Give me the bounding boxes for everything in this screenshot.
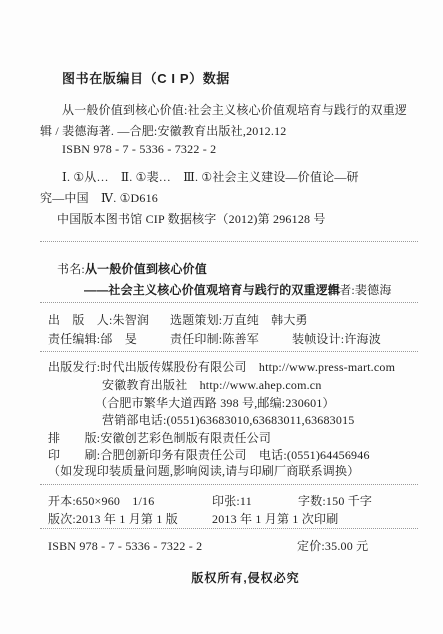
cip-isbn: ISBN 978 - 7 - 5336 - 7322 - 2 (62, 142, 216, 156)
cip-entry-line2: 辑 / 裴德海著. —合肥:安徽教育出版社,2012.12 (40, 124, 286, 138)
price: 定价:35.00 元 (297, 539, 368, 553)
spec-word-count: 字数:150 千字 (298, 494, 372, 508)
cip-registry-number: 中国版本图书馆 CIP 数据核字（2012)第 296128 号 (57, 212, 326, 226)
dotted-divider-1 (40, 241, 418, 242)
publisher-line: 出版发行:时代出版传媒股份有限公司 http://www.press-mart.… (48, 360, 395, 374)
spec-print-run: 2013 年 1 月第 1 次印刷 (212, 512, 338, 526)
printing-line: 印 刷:合肥创新印务有限责任公司 电话:(0551)64456946 (48, 448, 370, 462)
cip-entry-line1: 从一般价值到核心价值:社会主义核心价值观培育与践行的双重逻 (62, 103, 407, 117)
print-supervisor: 责任印制:陈善军 (170, 332, 259, 346)
book-title: 从一般价值到核心价值 (85, 262, 207, 276)
book-title-label: 书名: (57, 262, 85, 276)
cip-classification-line2: 究—中国 Ⅳ. ①D616 (40, 191, 158, 205)
copyright-notice: 版权所有,侵权必究 (48, 569, 443, 586)
responsible-editor: 责任编辑:邰 旻 (48, 332, 137, 346)
copyright-page: 图书在版编目（C I P）数据 从一般价值到核心价值:社会主义核心价值观培育与践… (0, 0, 443, 634)
book-author: 作者:裴德海 (327, 283, 392, 297)
marketing-phone: 营销部电话:(0551)63683010,63683011,63683015 (102, 413, 354, 427)
topic-planning: 选题策划:万直纯 韩大勇 (170, 313, 308, 327)
typesetting-line: 排 版:安徽创艺彩色制版有限责任公司 (48, 431, 271, 445)
book-title-line: 书名:从一般价值到核心价值 (57, 262, 207, 276)
press-line: 安徽教育出版社 http://www.ahep.com.cn (102, 378, 322, 392)
cip-header: 图书在版编目（C I P）数据 (62, 72, 230, 86)
spec-format: 开本:650×960 1/16 (48, 494, 154, 508)
spec-edition: 版次:2013 年 1 月第 1 版 (48, 512, 178, 526)
dotted-divider-2 (40, 302, 418, 303)
dotted-divider-3 (40, 351, 418, 352)
isbn-bottom: ISBN 978 - 7 - 5336 - 7322 - 2 (48, 539, 202, 553)
press-address: （合肥市繁华大道西路 398 号,邮编:230601） (95, 396, 335, 410)
spec-printed-sheets: 印张:11 (212, 494, 252, 508)
quality-note: （如发现印装质量问题,影响阅读,请与印刷厂商联系调换） (48, 464, 359, 478)
publisher-person: 出 版 人:朱智润 (48, 313, 149, 327)
binding-designer: 装帧设计:许海波 (292, 332, 381, 346)
cip-classification-line1: Ⅰ. ①从… Ⅱ. ①裴… Ⅲ. ①社会主义建设—价值论—研 (62, 170, 359, 184)
book-subtitle: ——社会主义核心价值观培育与践行的双重逻辑 (84, 283, 340, 297)
dotted-divider-5 (40, 528, 418, 529)
dotted-divider-4 (40, 484, 418, 485)
